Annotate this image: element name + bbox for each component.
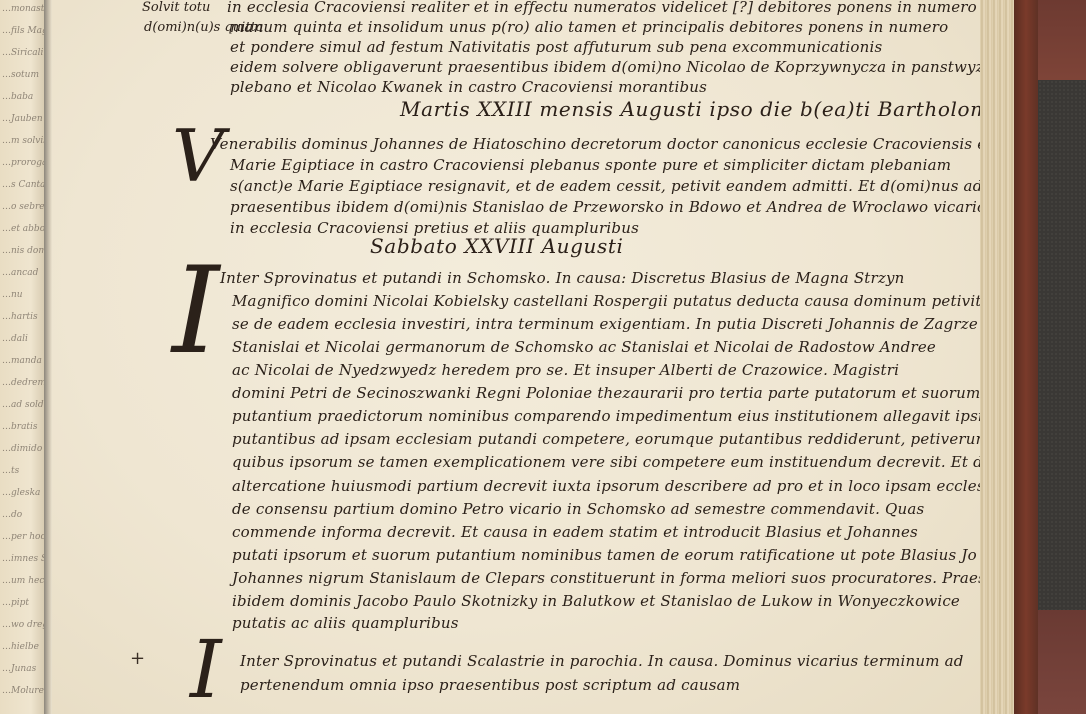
entry-heading: Martis XXIII mensis Augusti ipso die b(e…: [400, 97, 1009, 121]
facing-page-text-line: …Jauben: [2, 114, 43, 124]
marginal-note-solvit: Solvit totu: [142, 0, 210, 15]
facing-page-text-line: …m solvis: [2, 136, 44, 146]
manuscript-page: Solvit totu d(omi)n(u)s quitta + in eccl…: [52, 0, 980, 714]
text-line: domini Petri de Secinoszwanki Regni Polo…: [232, 384, 980, 402]
facing-page-text-line: …fils Magnali: [2, 26, 44, 36]
text-line: pertenendum omnia ipso praesentibus post…: [240, 676, 740, 694]
facing-page-text-line: …sotum: [2, 70, 39, 80]
facing-page-text-line: …s Cantate: [2, 180, 44, 190]
decorated-initial: V: [172, 120, 224, 192]
cross-mark: +: [130, 648, 145, 669]
text-line: ibidem dominis Jacobo Paulo Skotnizky in…: [232, 592, 960, 610]
text-line: se de eadem ecclesia investiri, intra te…: [232, 315, 1038, 333]
text-line: de consensu partium domino Petro vicario…: [232, 500, 924, 518]
facing-page-text-line: …wo dregus: [2, 620, 44, 630]
facing-page-text-line: …ts: [2, 466, 19, 476]
text-line: Marie Egiptiace in castro Cracoviensi pl…: [230, 156, 951, 174]
text-line: et pondere simul ad festum Nativitatis p…: [230, 38, 882, 56]
facing-page-text-line: …Moluren: [2, 686, 44, 696]
facing-page-text-line: …hartis: [2, 312, 38, 322]
facing-page-text-line: …Junas: [2, 664, 36, 674]
facing-page-text-line: …do: [2, 510, 22, 520]
text-line: ac Nicolai de Nyedzwyedz heredem pro se.…: [232, 361, 899, 379]
facing-page-text-line: …per hoc: [2, 532, 44, 542]
facing-page-text-line: …dedrem: [2, 378, 44, 388]
facing-page-text-line: …imnes Sagrok: [2, 554, 44, 564]
text-line: putantibus ad ipsam ecclesiam putandi co…: [232, 430, 992, 448]
facing-page-text-line: …ancad: [2, 268, 38, 278]
text-line: Johannes nigrum Stanislaum de Clepars co…: [232, 569, 1044, 587]
facing-page-text-line: …Siricali: [2, 48, 43, 58]
facing-page-text-line: …prorogari: [2, 158, 44, 168]
facing-page-left: …monasterio me…fils Magnali…Siricali…sot…: [0, 0, 44, 714]
text-line: putati ipsorum et suorum putantium nomin…: [232, 546, 1044, 564]
facing-page-text-line: …manda: [2, 356, 42, 366]
text-line: praesentibus ibidem d(omi)nis Stanislao …: [230, 198, 986, 216]
text-line: eidem solvere obligaverunt praesentibus …: [230, 58, 993, 76]
facing-page-text-line: …dali: [2, 334, 28, 344]
facing-page-text-line: …hielbe: [2, 642, 39, 652]
text-line: in ecclesia Cracoviensi realiter et in e…: [227, 0, 977, 16]
entry-heading: Sabbato XXVIII Augusti: [370, 234, 623, 258]
facing-page-text-line: …pipt: [2, 598, 29, 608]
facing-page-text-line: …um hec: [2, 576, 44, 586]
book-gutter: [44, 0, 52, 714]
text-line: Inter Sprovinatus et putandi in Schomsko…: [220, 269, 905, 287]
text-line: Stanislai et Nicolai germanorum de Schom…: [232, 338, 936, 356]
text-line: quibus ipsorum se tamen exemplicationem …: [232, 453, 1086, 471]
text-line: manum quinta et insolidum unus p(ro) ali…: [230, 18, 948, 36]
text-line: Venerabilis dominus Johannes de Hiatosch…: [210, 135, 1048, 153]
text-line: Magnifico domini Nicolai Kobielsky caste…: [232, 292, 982, 310]
facing-page-text-line: …bratis: [2, 422, 38, 432]
text-line: commende informa decrevit. Et causa in e…: [232, 523, 918, 541]
decorated-initial: I: [190, 630, 222, 710]
page-edges: [980, 0, 1014, 714]
facing-page-text-line: …baba: [2, 92, 33, 102]
text-line: Inter Sprovinatus et putandi Scalastrie …: [240, 652, 964, 670]
facing-page-text-line: …nu: [2, 290, 23, 300]
text-line: altercatione huiusmodi partium decrevit …: [232, 477, 1013, 495]
felt-backdrop: [1038, 80, 1086, 610]
facing-page-text-line: …nis dom: [2, 246, 44, 256]
facing-page-text-line: …dimido dura: [2, 444, 44, 454]
facing-page-text-line: …ad sold: [2, 400, 44, 410]
facing-page-text-line: …gleska: [2, 488, 40, 498]
binding-board-top: [1038, 0, 1086, 80]
facing-page-text-line: …monasterio me: [2, 4, 44, 14]
text-line: plebano et Nicolao Kwanek in castro Crac…: [230, 78, 707, 96]
binding-board-bottom: [1038, 610, 1086, 714]
decorated-initial: I: [172, 252, 219, 372]
book-cover-edge: [1014, 0, 1038, 714]
facing-page-text-line: …o sebre: [2, 202, 44, 212]
text-line: s(anct)e Marie Egiptiace resignavit, et …: [230, 177, 1021, 195]
text-line: putatis ac aliis quampluribus: [232, 614, 459, 632]
text-line: putantium praedictorum nominibus compare…: [232, 407, 1036, 425]
facing-page-text-line: …et abbot: [2, 224, 44, 234]
